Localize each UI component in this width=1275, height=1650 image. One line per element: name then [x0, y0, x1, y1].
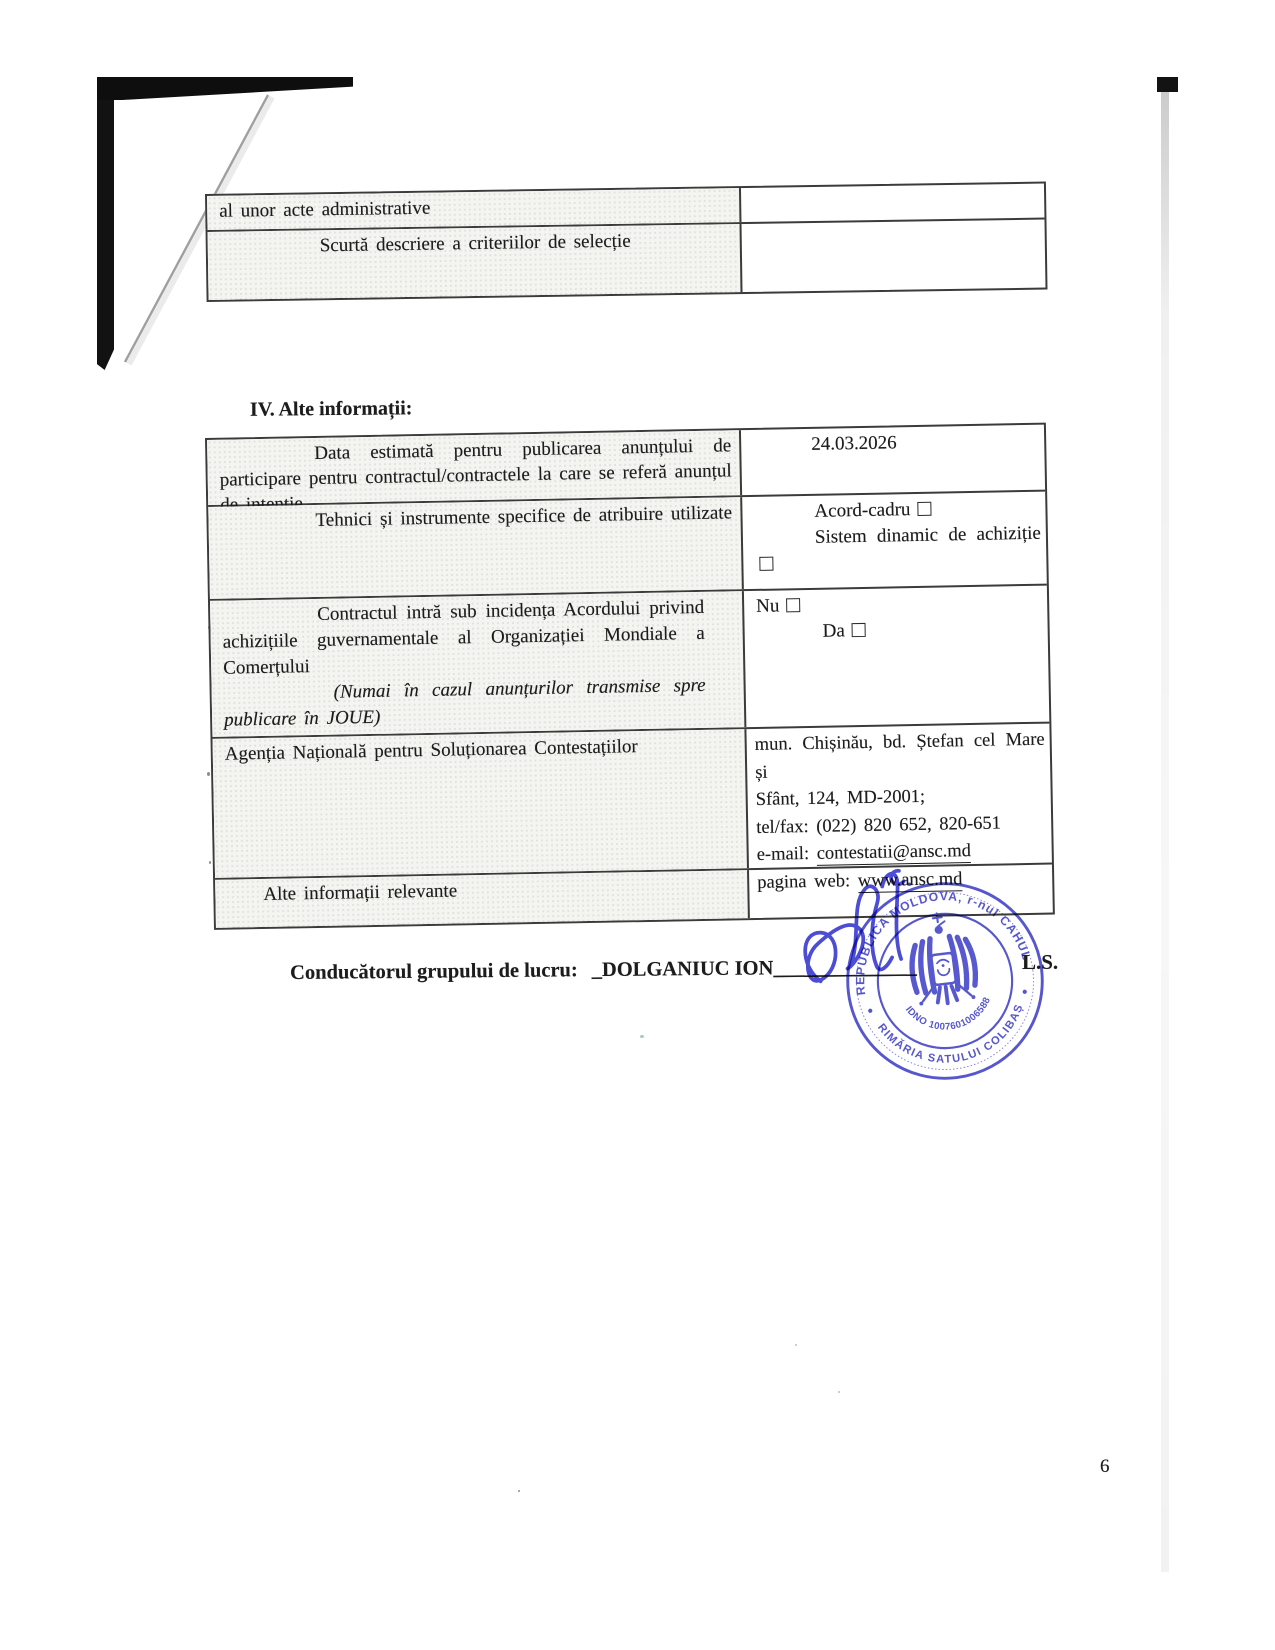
- option-label: Acord-cadru: [814, 499, 910, 522]
- checkbox-icon: [917, 502, 931, 516]
- table-cell-value: [742, 220, 1046, 292]
- moldova-coat-of-arms-icon: [906, 910, 979, 1007]
- section-heading: IV. Alte informații:: [250, 397, 413, 421]
- checkbox-icon: [786, 598, 800, 612]
- stamp-arc-top-text: REPUBLICA MOLDOVA, r-nul CAHUL: [843, 879, 1036, 996]
- date-value: 24.03.2026: [811, 428, 1039, 458]
- scan-speck: [795, 1344, 797, 1346]
- page-number: 6: [1100, 1456, 1110, 1478]
- cell-text: Alte informații relevante: [227, 873, 739, 908]
- scan-speck: [209, 861, 211, 864]
- cell-text: Agenția Națională pentru Soluționarea Co…: [225, 732, 737, 767]
- table-cell-value: Nu Da: [744, 586, 1049, 728]
- table-cell-value: Acord-cadru Sistem dinamic de achiziție: [742, 492, 1047, 590]
- address-line: mun. Chișinău, bd. Ștefan cel Mare și: [754, 727, 1045, 787]
- table-cell-label: Contractul intră sub incidența Acordului…: [210, 591, 746, 737]
- signatory-name: _DOLGANIUC ION: [592, 957, 774, 981]
- table-cell-value: [741, 184, 1044, 222]
- table-cell-label: Scurtă descriere a criteriilor de selecț…: [208, 224, 743, 300]
- table-row-wto-agreement: Contractul intră sub incidența Acordului…: [210, 584, 1049, 737]
- info-table: Data estimată pentru publicarea anunțulu…: [205, 423, 1055, 930]
- table-row-techniques: Tehnici și instrumente specifice de atri…: [208, 490, 1047, 599]
- continuation-table: al unor acte administrative Scurtă descr…: [205, 182, 1048, 302]
- email-label: e-mail:: [757, 844, 817, 865]
- cell-text: al unor acte administrative: [219, 191, 731, 225]
- option-label: Nu: [756, 596, 780, 617]
- scan-speck: [207, 772, 210, 776]
- table-cell-label: Data estimată pentru publicarea anunțulu…: [207, 430, 742, 505]
- scan-speck: [640, 1035, 644, 1038]
- scan-speck: [838, 1391, 840, 1393]
- official-stamp: REPUBLICA MOLDOVA, r-nul CAHUL PRIMĂRIA …: [826, 862, 1064, 1100]
- cell-text: Contractul intră sub incidența Acordului…: [222, 594, 735, 681]
- cell-text: [750, 223, 1040, 227]
- cell-text: [749, 187, 1039, 191]
- signature-label: Conducătorul grupului de lucru:: [290, 959, 578, 984]
- cell-text: Scurtă descriere a criteriilor de selecț…: [220, 227, 732, 261]
- table-row: Scurtă descriere a criteriilor de selecț…: [208, 218, 1046, 300]
- table-cell-label: Alte informații relevante: [215, 870, 750, 928]
- checkbox-icon: [852, 623, 866, 637]
- scan-speck: [518, 1490, 520, 1492]
- table-cell-value: 24.03.2026: [741, 425, 1045, 496]
- option-sistem-dinamic: Sistem dinamic de achiziție: [815, 521, 1041, 551]
- table-cell-label: Tehnici și instrumente specifice de atri…: [208, 497, 744, 599]
- scan-artifact-right-streak: [1161, 92, 1169, 1572]
- cell-text: Tehnici și instrumente specifice de atri…: [220, 500, 732, 535]
- table-cell-label: Agenția Națională pentru Soluționarea Co…: [213, 729, 749, 878]
- checkbox-icon: [759, 557, 773, 571]
- option-label: Sistem dinamic de achiziție: [815, 523, 1041, 548]
- option-label: Da: [822, 620, 845, 641]
- scan-artifact-top-right-mark: [1157, 77, 1178, 92]
- table-row-ansc: Agenția Națională pentru Soluționarea Co…: [212, 722, 1051, 878]
- cell-note: (Numai în cazul anunțurilor transmise sp…: [223, 672, 736, 733]
- option-da: Da: [822, 615, 1042, 645]
- option-sistem-dinamic-checkbox: [759, 547, 1041, 578]
